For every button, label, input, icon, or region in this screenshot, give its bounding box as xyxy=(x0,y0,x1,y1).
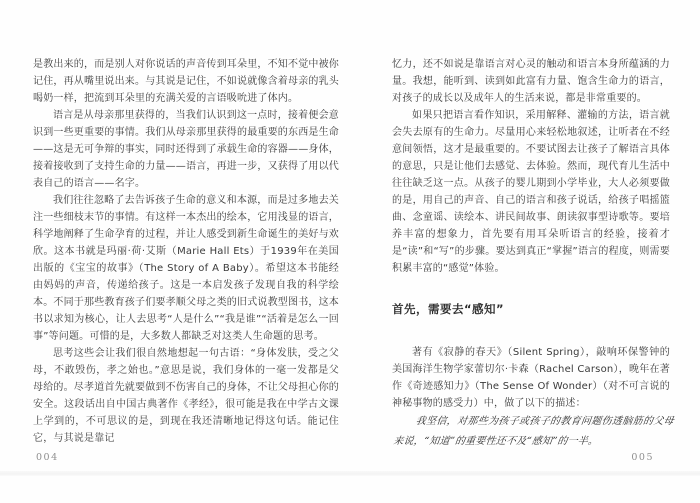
page-bottom-edge xyxy=(0,471,700,476)
page-right: 忆力，还不如说是靠语言对心灵的触动和语言本身所蕴涵的力量。我想，能听到、读到如此… xyxy=(392,56,670,452)
page-number-left: 004 xyxy=(36,452,59,463)
paragraph: 思考这些会让我们很自然地想起一句古语：“身体发肤，受之父母，不敢毁伤，孝之始也。… xyxy=(33,345,339,447)
section-heading: 首先，需要去“感知” xyxy=(392,301,670,318)
paragraph: 是教出来的，而是别人对你说话的声音传到耳朵里，不知不觉中被你记住，再从嘴里说出来… xyxy=(33,56,339,107)
paragraph: 我们往往忽略了去告诉孩子生命的意义和本源，而是过多地去关注一些细枝末节的事情。有… xyxy=(33,192,339,345)
book-spread-scan: 是教出来的，而是别人对你说话的声音传到耳朵里，不知不觉中被你记住，再从嘴里说出来… xyxy=(0,0,700,503)
page-left: 是教出来的，而是别人对你说话的声音传到耳朵里，不知不觉中被你记住，再从嘴里说出来… xyxy=(33,56,339,447)
paragraph: 著有《寂静的春天》（Silent Spring），敲响环保警钟的美国海洋生物学家… xyxy=(392,344,670,412)
page-number-right: 005 xyxy=(392,452,654,463)
paragraph: 忆力，还不如说是靠语言对心灵的触动和语言本身所蕴涵的力量。我想，能听到、读到如此… xyxy=(392,56,670,107)
quote-block: 我坚信，对那些为孩子或孩子的教育问题伤透脑筋的父母来说，“知道”的重要性还不及“… xyxy=(392,412,675,452)
paragraph: 语言是从母亲那里获得的，当我们认识到这一点时，接着便会意识到一些更重要的事情。我… xyxy=(33,107,339,192)
paragraph: 如果只把语言看作知识，采用解释、灌输的方法，语言就会失去原有的生命力。尽量用心来… xyxy=(392,107,670,277)
